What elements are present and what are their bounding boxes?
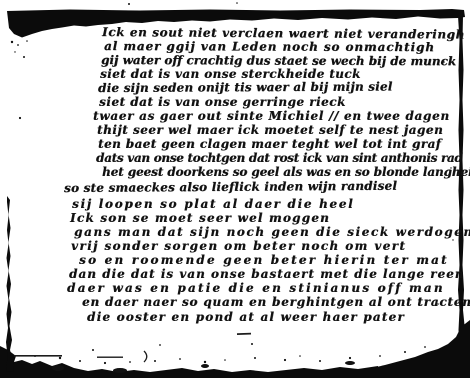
manuscript-line-16: vrij sonder sorgen om beter noch om vert [71, 240, 406, 253]
manuscript-line-6: siet dat is van onse gerringe rieck [99, 96, 346, 109]
manuscript-line-10: dats van onse tochtgen dat rost ick van … [96, 152, 462, 165]
manuscript-text-block: Ick en sout niet verclaen waert niet ver… [0, 0, 470, 383]
manuscript-scan-page: Ick en sout niet verclaen waert niet ver… [0, 0, 470, 383]
manuscript-line-13: sij loopen so plat al daer die heel [72, 198, 354, 211]
manuscript-line-2: al maer ggij van Leden noch so onmachtig… [104, 40, 435, 54]
manuscript-line-20: en daer naer so quam en berghintgen al o… [82, 296, 470, 309]
manuscript-line-15: gans man dat sijn noch geen die sieck we… [74, 226, 470, 239]
manuscript-line-21: die ooster en pond at al weer haer pater [87, 311, 405, 324]
manuscript-line-11: het geest doorkens so geel als was en so… [102, 166, 470, 179]
manuscript-line-14: Ick son se moet seer wel moggen [70, 212, 330, 225]
manuscript-line-12: so ste smaeckes also lieflick inden wijn… [64, 180, 397, 195]
manuscript-line-17: so en roomende geen beter hierin ter mat [79, 254, 449, 267]
manuscript-line-5: die sijn seden onijt tis waer al bij mij… [98, 80, 393, 95]
manuscript-line-9: ten baet geen clagen maer teght wel tot … [98, 138, 441, 151]
manuscript-line-8: thijt seer wel maer ick moetet self te n… [97, 124, 443, 137]
manuscript-line-7: twaer as gaer out sinte Michiel // en tw… [93, 110, 450, 123]
manuscript-line-18: dan die dat is van onse bastaert met die… [69, 268, 464, 281]
manuscript-line-19: daer was en patie die en stinianus off m… [67, 282, 445, 295]
